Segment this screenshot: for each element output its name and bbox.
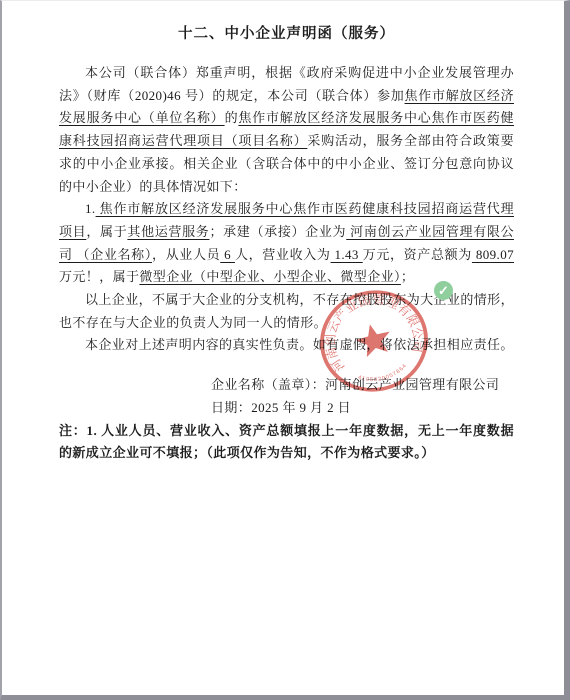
text-run: 本企业对上述声明内容的真实性负责。如有虚假，将依法承担相应责任。	[85, 337, 514, 352]
underlined-field: 6	[220, 247, 235, 262]
underlined-field: 1.43	[331, 247, 363, 262]
note-text: 注：1. 人业人员、营业收入、资产总额填报上一年度数据，无上一年度数据的新成立企…	[59, 420, 514, 464]
text-run: ，从业人员	[152, 247, 220, 262]
page-title: 十二、中小企业声明函（服务）	[59, 22, 514, 43]
signature-company-line: 企业名称（盖章）：河南创云产业园管理有限公司	[211, 374, 514, 397]
signature-block: 企业名称（盖章）：河南创云产业园管理有限公司 日期：2025 年 9 月 2 日	[211, 374, 514, 419]
text-run: 1.	[85, 201, 96, 216]
underlined-field: 809.07	[472, 247, 514, 262]
paragraph-declaration-intro: 本公司（联合体）郑重声明，根据《政府采购促进中小企业发展管理办法》（财库（202…	[59, 62, 514, 198]
paragraph-responsibility: 本企业对上述声明内容的真实性负责。如有虚假，将依法承担相应责任。	[59, 334, 514, 357]
document-body: 本公司（联合体）郑重声明，根据《政府采购促进中小企业发展管理办法》（财库（202…	[59, 62, 514, 357]
document-page: 十二、中小企业声明函（服务） 本公司（联合体）郑重声明，根据《政府采购促进中小企…	[0, 0, 570, 700]
document-content: 十二、中小企业声明函（服务） 本公司（联合体）郑重声明，根据《政府采购促进中小企…	[59, 1, 514, 464]
text-run: 万元，资产总额为	[363, 247, 472, 262]
text-run: ，属于	[86, 224, 127, 239]
text-run: ；承建（承接）企业为	[209, 224, 346, 239]
text-run: ；	[401, 269, 414, 284]
signature-date-line: 日期：2025 年 9 月 2 日	[211, 397, 514, 420]
underlined-field: 其他运营服务	[127, 224, 209, 239]
paragraph-item-1: 1. 焦作市解放区经济发展服务中心焦作市医药健康科技园招商运营代理项目，属于其他…	[59, 198, 514, 289]
text-run: 人，营业收入为	[235, 247, 331, 262]
text-run: 万元！，属于	[59, 269, 139, 284]
verified-check-icon: ✓	[434, 281, 453, 300]
text-run: 的	[225, 110, 239, 125]
underlined-field: 微型企业（中型企业、小型企业、微型企业）	[139, 269, 401, 284]
